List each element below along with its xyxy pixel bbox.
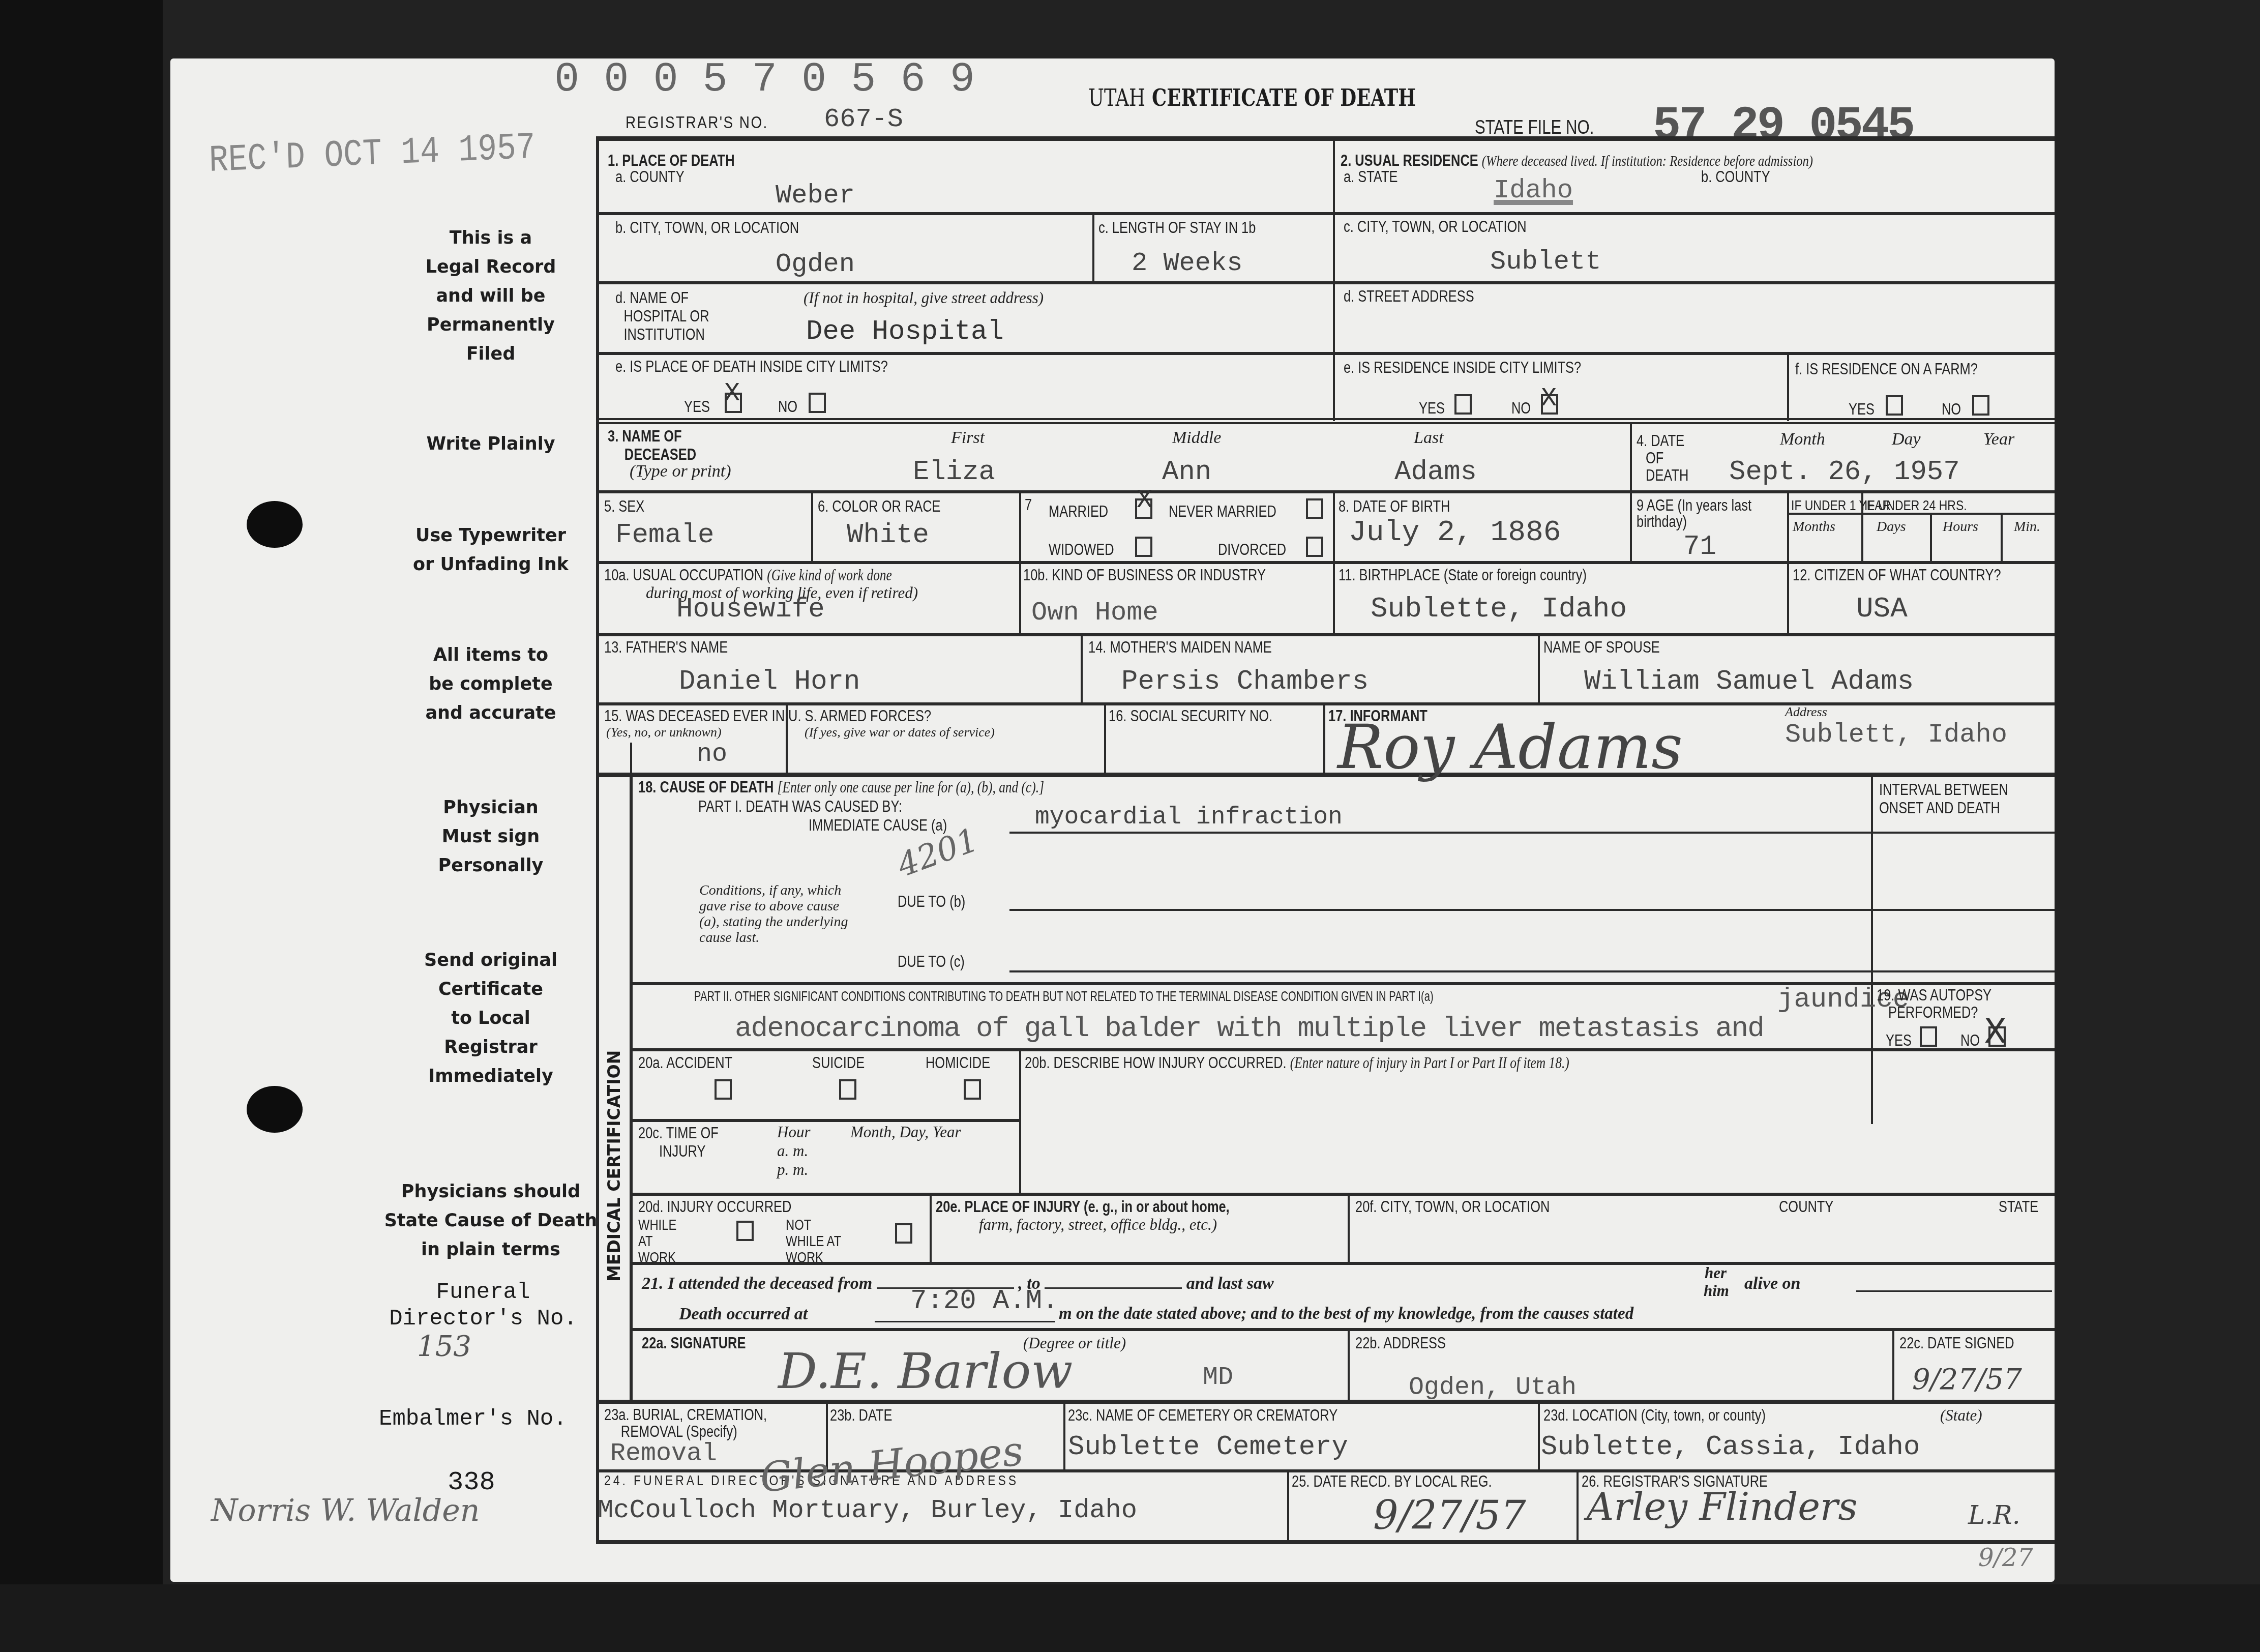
place-of-injury-hint: farm, factory, street, office bldg., etc… [979, 1216, 1217, 1234]
time-of-injury-label: 20c. TIME OF INJURY [638, 1124, 719, 1161]
year-label: Year [1983, 430, 2014, 449]
residence-city-value[interactable]: Sublett [1490, 247, 1601, 277]
divider [811, 491, 813, 562]
immediate-cause-value[interactable]: myocardial infraction [1035, 804, 1343, 831]
residence-city-limits-yes-checkbox[interactable] [1454, 394, 1472, 415]
hospital-value[interactable]: Dee Hospital [806, 316, 1004, 347]
due-to-c-line [1009, 970, 2055, 972]
residence-farm-yes-label: YES [1849, 400, 1875, 419]
accident-label: 20a. ACCIDENT [638, 1054, 732, 1072]
certificate-title: UTAH CERTIFICATE OF DEATH [1088, 84, 1416, 111]
residence-city-limits-yes-label: YES [1419, 399, 1445, 418]
scan-background-left [0, 0, 163, 1652]
divider [633, 1328, 2055, 1331]
first-name-value[interactable]: Eliza [913, 457, 995, 488]
mother-label: 14. MOTHER'S MAIDEN NAME [1088, 638, 1272, 657]
divider-double [596, 418, 2055, 424]
mother-value[interactable]: Persis Chambers [1121, 666, 1369, 697]
birthplace-label: 11. BIRTHPLACE (State or foreign country… [1339, 566, 1587, 584]
scan-background-bottom [0, 1584, 2260, 1652]
never-married-checkbox[interactable] [1306, 498, 1323, 519]
medical-certification-strip-label: MEDICAL CERTIFICATION [604, 1050, 624, 1282]
informant-address-value[interactable]: Sublett, Idaho [1785, 720, 2007, 750]
injury-city-label: 20f. CITY, TOWN, OR LOCATION [1355, 1198, 1550, 1216]
accident-checkbox[interactable] [715, 1079, 732, 1100]
injury-county-label: COUNTY [1779, 1198, 1833, 1216]
registrars-no-label: REGISTRAR'S NO. [626, 113, 768, 133]
hour-label: Hour [777, 1123, 810, 1141]
last-name-value[interactable]: Adams [1394, 457, 1477, 488]
spouse-value[interactable]: William Samuel Adams [1584, 666, 1914, 697]
citizen-label: 12. CITIZEN OF WHAT COUNTRY? [1793, 566, 2001, 584]
registrar-signature[interactable]: Arley Flinders [1587, 1485, 1857, 1529]
death-time-value[interactable]: 7:20 A.M. [910, 1286, 1059, 1317]
date-recd-value[interactable]: 9/27/57 [1373, 1493, 1526, 1539]
margin-note: 9/27 [1978, 1544, 2033, 1572]
form-border-top [596, 136, 2055, 141]
residence-farm-no-label: NO [1942, 400, 1961, 419]
death-city-limits-yes-label: YES [684, 398, 710, 416]
divider [596, 633, 2055, 636]
death-city-limits-no-label: NO [778, 398, 797, 416]
residence-farm-no-checkbox[interactable] [1972, 395, 1989, 416]
degree-label: (Degree or title) [1023, 1334, 1126, 1352]
due-to-b-label: DUE TO (b) [898, 893, 965, 911]
divider [633, 1119, 1019, 1122]
funeral-directors-no-label: Funeral Director's No. [376, 1279, 590, 1332]
homicide-label: HOMICIDE [926, 1054, 990, 1072]
state-file-no-label: STATE FILE NO. [1475, 117, 1594, 139]
deceased-name-label: 3. NAME OF DECEASED [608, 427, 696, 464]
death-city-value[interactable]: Ogden [776, 249, 855, 279]
birthplace-value[interactable]: Sublette, Idaho [1371, 593, 1627, 625]
punch-hole-bottom [247, 1086, 303, 1133]
title-prefix: UTAH [1088, 84, 1145, 111]
x-mark-icon: X [724, 380, 740, 407]
divider [1092, 213, 1094, 282]
divider [630, 774, 633, 1401]
conditions-hint: Conditions, if any, which gave rise to a… [699, 882, 862, 946]
due-to-c-label: DUE TO (c) [898, 953, 965, 971]
month-label: Month [1780, 430, 1825, 449]
divider [1081, 634, 1083, 703]
divider [1019, 1049, 1021, 1194]
burial-label: 23a. BURIAL, CREMATION, REMOVAL (Specify… [604, 1406, 767, 1440]
informant-signature[interactable]: Roy Adams [1337, 712, 1683, 783]
burial-date-label: 23b. DATE [830, 1406, 892, 1425]
middle-name-value[interactable]: Ann [1162, 457, 1211, 488]
residence-county-label: b. COUNTY [1701, 168, 1770, 186]
informant-address-label: Address [1785, 704, 1827, 720]
side-note-plain-terms: Physicians should State Cause of Death i… [376, 1177, 605, 1264]
divorced-checkbox[interactable] [1306, 537, 1323, 557]
business-value[interactable]: Own Home [1031, 598, 1158, 628]
residence-state-label: a. STATE [1344, 168, 1397, 186]
hours-label: Hours [1943, 519, 1978, 535]
last-name-label: Last [1414, 428, 1444, 448]
cause-of-death-label: 18. CAUSE OF DEATH [Enter only one cause… [638, 778, 1044, 796]
death-occurred-tail: m on the date stated above; and to the b… [1059, 1305, 1633, 1323]
armed-forces-label: 15. WAS DECEASED EVER IN U. S. ARMED FOR… [604, 707, 931, 725]
hospital-label: d. NAME OF HOSPITAL OR INSTITUTION [615, 289, 709, 344]
death-city-label: b. CITY, TOWN, OR LOCATION [615, 219, 799, 237]
injury-state-label: STATE [1999, 1198, 2038, 1216]
divider [633, 1048, 2055, 1051]
occupation-label: 10a. USUAL OCCUPATION (Give kind of work… [604, 566, 892, 584]
divider [633, 1262, 2055, 1265]
divider [633, 1193, 2055, 1196]
due-to-b-line [1009, 909, 2055, 911]
side-note-typewriter: Use Typewriter or Unfading Ink [392, 521, 590, 579]
divider [1333, 138, 1335, 421]
burial-value[interactable]: Removal [610, 1439, 717, 1468]
state-file-no: 57 29 0545 [1653, 99, 1913, 153]
divider [596, 1400, 2055, 1404]
usual-residence-label: 2. USUAL RESIDENCE (Where deceased lived… [1341, 152, 1813, 170]
divider [1538, 1401, 1540, 1470]
marital-number: 7 [1025, 496, 1032, 514]
while-at-work-label: WHILE AT WORK [638, 1217, 684, 1266]
divider [1287, 1470, 1289, 1541]
cemetery-label: 23c. NAME OF CEMETERY OR CREMATORY [1068, 1406, 1337, 1425]
injury-description-label: 20b. DESCRIBE HOW INJURY OCCURRED. (Ente… [1025, 1054, 1569, 1072]
divider [930, 1194, 932, 1263]
form-border-left [596, 136, 599, 1542]
not-while-at-work-label: NOT WHILE AT WORK [786, 1217, 844, 1266]
cemetery-value[interactable]: Sublette Cemetery [1068, 1432, 1348, 1463]
place-of-death-label: 1. PLACE OF DEATH [608, 152, 735, 170]
alive-on-label: alive on [1744, 1274, 1800, 1293]
race-value[interactable]: White [847, 520, 929, 551]
divider [596, 561, 2055, 564]
race-label: 6. COLOR OR RACE [818, 497, 941, 516]
citizen-value[interactable]: USA [1856, 593, 1908, 625]
business-label: 10b. KIND OF BUSINESS OR INDUSTRY [1023, 566, 1266, 584]
stay-length-label: c. LENGTH OF STAY IN 1b [1098, 219, 1256, 237]
autopsy-no-label: NO [1960, 1031, 1980, 1050]
suicide-label: SUICIDE [812, 1054, 865, 1072]
months-label: Months [1793, 519, 1835, 535]
date-signed-value[interactable]: 9/27/57 [1912, 1363, 2022, 1396]
part2-line2-value[interactable]: adenocarcinoma of gall balder with multi… [735, 1012, 1764, 1045]
side-note-physician-sign: Physician Must sign Personally [392, 793, 590, 880]
residence-farm-label: f. IS RESIDENCE ON A FARM? [1795, 360, 1978, 378]
cemetery-location-value[interactable]: Sublette, Cassia, Idaho [1541, 1432, 1920, 1463]
injury-occurred-label: 20d. INJURY OCCURRED [638, 1198, 791, 1216]
father-label: 13. FATHER'S NAME [604, 638, 728, 657]
divider [596, 281, 2055, 284]
divider [596, 702, 2055, 705]
serial-number: 000570569 [554, 56, 999, 103]
interval-label: INTERVAL BETWEEN ONSET AND DEATH [1879, 781, 2054, 817]
divider [596, 212, 2055, 215]
degree-value[interactable]: MD [1203, 1363, 1233, 1392]
signature-label: 22a. SIGNATURE [642, 1334, 746, 1352]
side-note-legal-record: This is a Legal Record and will be Perma… [392, 224, 590, 369]
side-note-write-plainly: Write Plainly [392, 430, 590, 459]
embalmers-no-label: Embalmer's No. [379, 1406, 567, 1432]
divider [596, 352, 2055, 355]
divider [1577, 1470, 1579, 1541]
days-label: Days [1877, 519, 1906, 535]
never-married-label: NEVER MARRIED [1169, 503, 1276, 521]
sex-label: 5. SEX [604, 497, 644, 516]
type-or-print-hint: (Type or print) [630, 462, 731, 481]
divider [1348, 1329, 1350, 1401]
punch-hole-top [247, 501, 303, 548]
date-of-death-label: 4. DATE OF DEATH [1637, 432, 1688, 484]
am-label: a. m. [777, 1142, 808, 1160]
embalmer-signature: Norris W. Walden [211, 1493, 480, 1528]
under-24-hrs-label: IF UNDER 24 HRS. [1864, 497, 1967, 514]
autopsy-label: 19. WAS AUTOPSY PERFORMED? [1877, 987, 1991, 1021]
armed-forces-hint-1: (Yes, no, or unknown) [606, 725, 722, 740]
x-mark-icon: X [1541, 386, 1557, 412]
address-value[interactable]: Ogden, Utah [1409, 1373, 1577, 1402]
registrar-suffix: L.R. [1968, 1500, 2020, 1530]
x-mark-icon: X [1984, 1015, 2006, 1051]
death-county-value[interactable]: Weber [776, 181, 855, 211]
month-day-year-label: Month, Day, Year [850, 1123, 961, 1141]
place-of-injury-label: 20e. PLACE OF INJURY (e. g., in or about… [936, 1198, 1230, 1216]
occupation-value[interactable]: Housewife [676, 594, 825, 625]
residence-farm-yes-checkbox[interactable] [1886, 395, 1903, 416]
side-note-send-original: Send original Certificate to Local Regis… [392, 946, 590, 1091]
residence-street-label: d. STREET ADDRESS [1344, 287, 1474, 306]
divider [1538, 634, 1540, 703]
dob-value[interactable]: July 2, 1886 [1349, 516, 1561, 549]
title-text: CERTIFICATE OF DEATH [1152, 84, 1416, 111]
while-at-work-checkbox[interactable] [736, 1221, 754, 1241]
part1-label: PART I. DEATH WAS CAUSED BY: [698, 798, 902, 816]
divider [630, 743, 632, 774]
cemetery-location-label: 23d. LOCATION (City, town, or county) [1543, 1406, 1766, 1425]
divider [596, 490, 2055, 493]
date-recd-label: 25. DATE RECD. BY LOCAL REG. [1292, 1472, 1492, 1491]
death-time-line [875, 1321, 1055, 1322]
divider [2001, 513, 2003, 562]
stay-length-value[interactable]: 2 Weeks [1132, 248, 1242, 278]
divider [1104, 703, 1106, 774]
sex-value[interactable]: Female [615, 520, 714, 551]
part2-label: PART II. OTHER SIGNIFICANT CONDITIONS CO… [694, 988, 1434, 1005]
widowed-checkbox[interactable] [1135, 537, 1152, 557]
date-signed-label: 22c. DATE SIGNED [1899, 1334, 2014, 1352]
first-name-label: First [951, 428, 985, 448]
divorced-label: DIVORCED [1218, 541, 1286, 559]
father-value[interactable]: Daniel Horn [679, 666, 860, 697]
hospital-hint: (If not in hospital, give street address… [804, 289, 1044, 307]
death-city-limits-label: e. IS PLACE OF DEATH INSIDE CITY LIMITS? [615, 358, 888, 376]
divider [1930, 513, 1932, 562]
form-border-bottom [596, 1540, 2055, 1544]
autopsy-yes-label: YES [1886, 1031, 1912, 1050]
immediate-cause-line [1009, 832, 2055, 834]
autopsy-yes-checkbox[interactable] [1920, 1026, 1937, 1047]
residence-city-label: c. CITY, TOWN, OR LOCATION [1344, 218, 1527, 236]
not-while-at-work-checkbox[interactable] [895, 1223, 912, 1244]
middle-name-label: Middle [1172, 428, 1221, 448]
registrars-no: 667-S [824, 104, 903, 134]
residence-city-limits-no-label: NO [1511, 399, 1531, 418]
date-of-death-value[interactable]: Sept. 26, 1957 [1729, 457, 1960, 488]
armed-forces-hint-2: (If yes, give war or dates of service) [805, 725, 995, 740]
address-label: 22b. ADDRESS [1355, 1334, 1446, 1352]
alive-on-line [1856, 1290, 2052, 1292]
age-label: 9 AGE (In years last birthday) [1637, 497, 1753, 530]
homicide-checkbox[interactable] [964, 1079, 981, 1100]
residence-city-limits-label: e. IS RESIDENCE INSIDE CITY LIMITS? [1344, 359, 1581, 377]
residence-state-value[interactable]: Idaho [1494, 175, 1573, 205]
death-occurred-label: Death occurred at [679, 1305, 808, 1324]
him-label: him [1704, 1282, 1729, 1300]
side-note-complete: All items to be complete and accurate [392, 641, 590, 728]
married-label: MARRIED [1049, 503, 1108, 521]
ssn-label: 16. SOCIAL SECURITY NO. [1109, 707, 1272, 725]
divider [596, 773, 2055, 777]
divider [1323, 703, 1325, 774]
spouse-label: NAME OF SPOUSE [1543, 638, 1660, 657]
age-value[interactable]: 71 [1683, 532, 1716, 563]
widowed-label: WIDOWED [1049, 541, 1114, 559]
death-county-label: a. COUNTY [615, 168, 685, 186]
x-mark-icon: X [1137, 487, 1152, 514]
pm-label: p. m. [777, 1161, 808, 1179]
armed-forces-value[interactable]: no [697, 740, 727, 769]
immediate-cause-label: IMMEDIATE CAUSE (a) [809, 816, 947, 835]
divider [1892, 1329, 1894, 1401]
divider [1787, 353, 1789, 421]
divider [1063, 1401, 1065, 1470]
dob-label: 8. DATE OF BIRTH [1339, 497, 1450, 516]
funeral-director-value[interactable]: McCoulloch Mortuary, Burley, Idaho [598, 1495, 1137, 1525]
her-label: her [1705, 1264, 1727, 1282]
divider [1348, 1194, 1350, 1263]
cemetery-location-state-label: (State) [1940, 1406, 1982, 1425]
suicide-checkbox[interactable] [839, 1079, 856, 1100]
funeral-directors-no: 153 [417, 1330, 471, 1363]
divider [1871, 774, 1873, 1124]
min-label: Min. [2014, 519, 2040, 535]
death-city-limits-no-checkbox[interactable] [809, 393, 826, 413]
day-label: Day [1892, 430, 1921, 449]
